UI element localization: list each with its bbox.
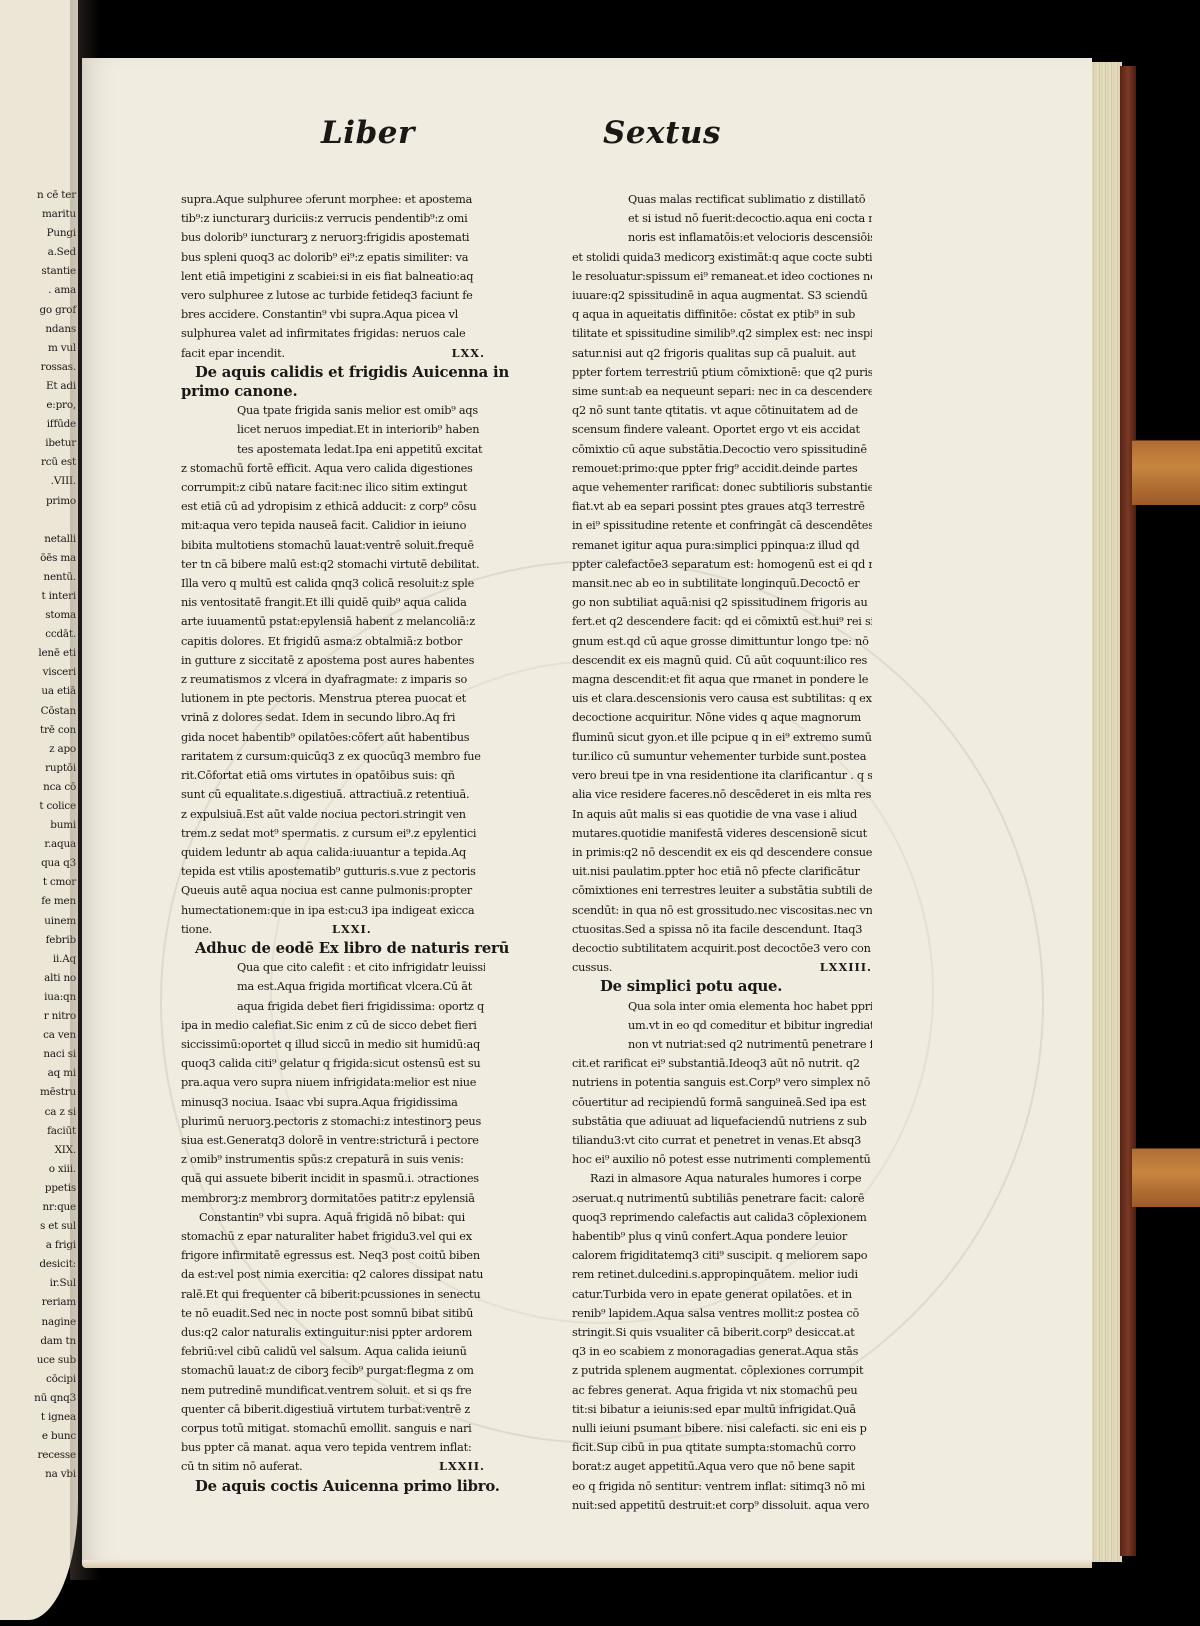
fragment-line: ōēs ma xyxy=(0,549,76,568)
leather-binding-edge xyxy=(1120,66,1136,1556)
clasp-strap-top xyxy=(1132,440,1200,505)
text-line: calorem frigiditatemq3 citi⁹ suscipit. q… xyxy=(572,1246,872,1265)
fragment-line: ii.Aq xyxy=(0,950,76,969)
fragment-line: netalli xyxy=(0,530,76,549)
text-line: plurimū neruorꝫ.pectoris z stomachi:z in… xyxy=(181,1112,485,1131)
fragment-line: faciūt xyxy=(0,1122,76,1141)
text-line: uit.nisi paulatim.ppter hoc etiā nō pfec… xyxy=(572,862,872,881)
fragment-line: go grof xyxy=(0,301,76,320)
text-line: magna descendit:et fit aqua que rmanet i… xyxy=(572,670,872,689)
fragment-line: reriam xyxy=(0,1293,76,1312)
fragment-line: ca ven xyxy=(0,1026,76,1045)
text-line: ppter calefactōe3 separatum est: homogen… xyxy=(572,555,872,574)
text-line: ma est.Aqua frigida mortificat vlcera.Cū… xyxy=(181,977,485,996)
fragment-line: mēstru xyxy=(0,1083,76,1102)
text-line: sime sunt:ab ea nequeunt separi: nec in … xyxy=(572,382,872,401)
text-line: ficit.Sup cibū in pua qtitate sumpta:sto… xyxy=(572,1438,872,1457)
text-line: Illa vero q multū est calida qnq3 colicā… xyxy=(181,574,485,593)
text-line: sunt cū equalitate.s.digestiuā. attracti… xyxy=(181,785,485,804)
text-line: noris est inflamatōis:et velocioris desc… xyxy=(572,228,872,247)
text-line: rem retinet.dulcedini.s.appropinquātem. … xyxy=(572,1265,872,1284)
fragment-line: a.Sed xyxy=(0,243,76,262)
fragment-line: .VIII. xyxy=(0,472,76,491)
text-line: minusq3 nociua. Isaac vbi supra.Aqua fri… xyxy=(181,1093,485,1112)
text-line: eo q frigida nō sentitur: ventrem inflat… xyxy=(572,1477,872,1496)
text-line: bibita multotiens stomachū lauat:ventrē … xyxy=(181,536,485,555)
text-line: fert.et q2 descendere facit: qd ei cōmix… xyxy=(572,612,872,631)
text-line: Qua sola inter omia elementa hoc habet p… xyxy=(572,997,872,1016)
text-line: nem putredinē mundificat.ventrem soluit.… xyxy=(181,1381,485,1400)
text-line: bus spleni quoq3 ac dolorib⁹ ei⁹:z epati… xyxy=(181,248,485,267)
fragment-line: ibetur xyxy=(0,434,76,453)
text-line: Qua tpate frigida sanis melior est omib⁹… xyxy=(181,401,485,420)
text-line: ter tn cā bibere malū est:q2 stomachi vi… xyxy=(181,555,485,574)
text-line: stringit.Si quis vsualiter cā biberit.co… xyxy=(572,1323,872,1342)
text-line: licet neruos impediat.Et in interiorib⁹ … xyxy=(181,420,485,439)
text-line-with-chapter-number: facit epar incendit.LXX. xyxy=(181,344,485,363)
fragment-line: ppetis xyxy=(0,1179,76,1198)
text-line: descendit ex eis magnū quid. Cū aūt coqu… xyxy=(572,651,872,670)
text-line: In aquis aūt malis si eas quotidie de vn… xyxy=(572,805,872,824)
text-line: tiliandu3:vt cito currat et penetret in … xyxy=(572,1131,872,1150)
fragment-line: ruptōi xyxy=(0,759,76,778)
text-line: siua est.Generatq3 dolorē in ventre:stri… xyxy=(181,1131,485,1150)
page-bottom-edge xyxy=(82,1560,1092,1568)
text-line: go non subtiliat aquā:nisi q2 spissitudi… xyxy=(572,593,872,612)
text-line: z expulsiuā.Est aūt valde nociua pectori… xyxy=(181,805,485,824)
text-line: ralē.Et qui frequenter cā biberit:pcussi… xyxy=(181,1285,485,1304)
text-line: z putrida splenem augmentat. cōplexiones… xyxy=(572,1361,872,1380)
text-line: tepida est vtilis apostematib⁹ gutturis.… xyxy=(181,862,485,881)
text-line: Queuis autē aqua nociua est canne pulmon… xyxy=(181,881,485,900)
text-line: scendūt: in qua nō est grossitudo.nec vi… xyxy=(572,901,872,920)
text-line: fiat.vt ab ea separi possint ptes graues… xyxy=(572,497,872,516)
text-line: vero sulphuree z lutose ac turbide fetid… xyxy=(181,286,485,305)
chapter-number: LXXIII. xyxy=(820,958,872,977)
text-line: decoctione acquiritur. Nōne vides q aque… xyxy=(572,708,872,727)
fragment-line: primo xyxy=(0,492,76,511)
fragment-line: m vul xyxy=(0,339,76,358)
text-line: remouet:primo:que ppter frig⁹ accidit.de… xyxy=(572,459,872,478)
fragment-line: . ama xyxy=(0,281,76,300)
fragment-line: nentū. xyxy=(0,568,76,587)
text-line: tione. xyxy=(181,923,212,936)
text-line: vrinā z dolores sedat. Idem in secundo l… xyxy=(181,708,485,727)
fragment-line: t ignea xyxy=(0,1408,76,1427)
text-line: nulli ieiuni psumant bibere. nisi calefa… xyxy=(572,1419,872,1438)
text-line: corrumpit:z cibū natare facit:nec ilico … xyxy=(181,478,485,497)
text-line: tur.ilico cū sumuntur vehementer turbide… xyxy=(572,747,872,766)
fragment-line: ndans xyxy=(0,320,76,339)
text-line: da est:vel post nimia exercitia: q2 calo… xyxy=(181,1265,485,1284)
text-line: bus dolorib⁹ iuncturarꝫ z neruorꝫ:frigid… xyxy=(181,228,485,247)
text-line: cussus. xyxy=(572,961,612,974)
text-line: arte iuuamentū pstat:epylensiā habent z … xyxy=(181,612,485,631)
text-line: scensum findere valeant. Oportet ergo vt… xyxy=(572,420,872,439)
text-line: in ei⁹ spissitudine retente et confringā… xyxy=(572,516,872,535)
text-line: corpus totū mitigat. stomachū emollit. s… xyxy=(181,1419,485,1438)
text-line: mit:aqua vero tepida nauseā facit. Calid… xyxy=(181,516,485,535)
fragment-line: dam tn xyxy=(0,1332,76,1351)
fragment-line: visceri xyxy=(0,663,76,682)
fragment-line: stoma xyxy=(0,606,76,625)
text-line: lutionem in pte pectoris. Menstrua ptere… xyxy=(181,689,485,708)
text-line: satur.nisi aut q2 frigoris qualitas sup … xyxy=(572,344,872,363)
text-line: non vt nutriat:sed q2 nutrimentū penetra… xyxy=(572,1035,872,1054)
fragment-line: cōcipi xyxy=(0,1370,76,1389)
text-line: supra.Aque sulphuree ɔferunt morphee: et… xyxy=(181,190,485,209)
text-line: Qua que cito calefit : et cito infrigida… xyxy=(181,958,485,977)
fragment-line: iua:qn xyxy=(0,988,76,1007)
text-line: gnum est.qd cū aque grosse dimittuntur l… xyxy=(572,632,872,651)
fragment-line: t colice xyxy=(0,797,76,816)
text-line: hoc ei⁹ auxilio nō potest esse nutriment… xyxy=(572,1150,872,1169)
text-line: in primis:q2 nō descendit ex eis qd desc… xyxy=(572,843,872,862)
text-line-with-chapter-number: tione.LXXI. xyxy=(181,920,485,939)
text-line: est etiā cū ad ydropisim z ethicā adduci… xyxy=(181,497,485,516)
fragment-line: desicit: xyxy=(0,1255,76,1274)
text-column-left: supra.Aque sulphuree ɔferunt morphee: et… xyxy=(181,190,485,1496)
text-line: habentib⁹ plus q vinū confert.Aqua ponde… xyxy=(572,1227,872,1246)
text-line: aqua frigida debet fieri frigidissima: o… xyxy=(181,997,485,1016)
text-line: ac febres generat. Aqua frigida vt nix s… xyxy=(572,1381,872,1400)
text-line: humectationem:que in ipa est:cu3 ipa ind… xyxy=(181,901,485,920)
fragment-line: n cē ter xyxy=(0,186,76,205)
text-line: decoctio subtilitatem acquirit.post deco… xyxy=(572,939,872,958)
chapter-heading: De aquis coctis Auicenna primo libro. xyxy=(181,1477,485,1496)
fragment-line: iffūde xyxy=(0,415,76,434)
text-line: te nō euadit.Sed nec in nocte post somnū… xyxy=(181,1304,485,1323)
fragment-line: XIX. xyxy=(0,1141,76,1160)
text-line: trem.z sedat mot⁹ spermatis. z cursum ei… xyxy=(181,824,485,843)
page-fore-edge xyxy=(1088,62,1122,1562)
fragment-line: r.aqua xyxy=(0,835,76,854)
chapter-number: LXXII. xyxy=(439,1457,485,1476)
text-line: ctuositas.Sed a spissa nō ita facile des… xyxy=(572,920,872,939)
text-line: quoq3 reprimendo calefactis aut calida3 … xyxy=(572,1208,872,1227)
text-line: raritatem z cursum:quicūq3 z ex quocūq3 … xyxy=(181,747,485,766)
fragment-line: nca cō xyxy=(0,778,76,797)
text-line: facit epar incendit. xyxy=(181,347,285,360)
text-line: in gutture z siccitatē z apostema post a… xyxy=(181,651,485,670)
fragment-line: naci si xyxy=(0,1045,76,1064)
text-line: iuuare:q2 spissitudinē in aqua augmentat… xyxy=(572,286,872,305)
text-line: remanet igitur aqua pura:simplici ppinqu… xyxy=(572,536,872,555)
text-line-with-chapter-number: cussus.LXXIII. xyxy=(572,958,872,977)
fragment-line: r nitro xyxy=(0,1007,76,1026)
text-line: tes apostemata ledat.Ipa eni appetitū ex… xyxy=(181,440,485,459)
text-line: et si istud nō fuerit:decoctio.aqua eni … xyxy=(572,209,872,228)
text-line: uis et clara.descensionis vero causa est… xyxy=(572,689,872,708)
fragment-line: uce sub xyxy=(0,1351,76,1370)
fragment-line: bumi xyxy=(0,816,76,835)
text-line: rit.Cōfortat etiā oms virtutes in opatōi… xyxy=(181,766,485,785)
fragment-line: lenē eti xyxy=(0,644,76,663)
fragment-line: rcū est xyxy=(0,453,76,472)
chapter-heading: Adhuc de eodē Ex libro de naturis rerū xyxy=(181,939,485,958)
text-line: z omib⁹ instrumentis spūs:z crepaturā in… xyxy=(181,1150,485,1169)
fragment-line: fe men xyxy=(0,892,76,911)
fragment-line: maritu xyxy=(0,205,76,224)
chapter-number: LXX. xyxy=(452,344,485,363)
fragment-line: aq mi xyxy=(0,1064,76,1083)
fragment-line: a frigi xyxy=(0,1236,76,1255)
text-line: catur.Turbida vero in epate generat opil… xyxy=(572,1285,872,1304)
text-line: tilitate et spissitudine similib⁹.q2 sim… xyxy=(572,324,872,343)
text-line: z stomachū fortē efficit. Aqua vero cali… xyxy=(181,459,485,478)
text-line: q3 in eo scabiem z monoragadias generat.… xyxy=(572,1342,872,1361)
fragment-line: qua q3 xyxy=(0,854,76,873)
text-line: cit.et rarificat ei⁹ substantiā.Ideoq3 a… xyxy=(572,1054,872,1073)
text-line: q2 nō sunt tante qtitatis. vt aque cōtin… xyxy=(572,401,872,420)
text-line: frigore infirmitatē egressus est. Neq3 p… xyxy=(181,1246,485,1265)
fragment-line: febrib xyxy=(0,931,76,950)
fragment-line: nū qnq3 xyxy=(0,1389,76,1408)
text-line: mutares.quotidie manifestā videres desce… xyxy=(572,824,872,843)
fragment-line: Et adi xyxy=(0,377,76,396)
text-line: quā qui assuete biberit incidit in spasm… xyxy=(181,1169,485,1188)
text-line: bres accidere. Constantin⁹ vbi supra.Aqu… xyxy=(181,305,485,324)
text-line: Razi in almasore Aqua naturales humores … xyxy=(572,1169,872,1188)
fragment-line: ca z si xyxy=(0,1103,76,1122)
text-line: substātia que adiuuat ad liquefaciendū n… xyxy=(572,1112,872,1131)
text-line: membrorꝫ:z membrorꝫ dormitatōes patitr:z… xyxy=(181,1189,485,1208)
text-line: renib⁹ lapidem.Aqua salsa ventres mollit… xyxy=(572,1304,872,1323)
text-line: cōmixtiones eni terrestres leuiter a sub… xyxy=(572,881,872,900)
text-line: cōmixtio cū aque substātia.Decoctio vero… xyxy=(572,440,872,459)
text-line: cōuertitur ad recipiendū formā sanguineā… xyxy=(572,1093,872,1112)
text-line: ɔseruat.q nutrimentū subtiliās penetrare… xyxy=(572,1189,872,1208)
text-line: alia vice residere faceres.nō descēderet… xyxy=(572,785,872,804)
fragment-line: na vbi xyxy=(0,1465,76,1484)
text-line: tit:si bibatur a ieiunis:sed epar multū … xyxy=(572,1400,872,1419)
text-line: cū tn sitim nō auferat. xyxy=(181,1460,303,1473)
fragment-line: z apo xyxy=(0,740,76,759)
text-line: lent etiā impetigini z scabiei:si in eis… xyxy=(181,267,485,286)
clasp-strap-bottom xyxy=(1132,1148,1200,1207)
text-line: nuit:sed appetitū destruit:et corp⁹ diss… xyxy=(572,1496,872,1515)
text-line: borat:z auget appetitū.Aqua vero que nō … xyxy=(572,1457,872,1476)
text-line: bus ppter cā manat. aqua vero tepida ven… xyxy=(181,1438,485,1457)
fragment-line: ua etiā xyxy=(0,682,76,701)
text-line: febriū:vel cibū calidū vel salsum. Aqua … xyxy=(181,1342,485,1361)
facing-left-page-fragment: n cē termarituPungia.Sedstantie. amago g… xyxy=(0,0,78,1620)
fragment-line: e:pro, xyxy=(0,396,76,415)
fragment-line: t interi xyxy=(0,587,76,606)
text-line: quoq3 calida citi⁹ gelatur q frigida:sic… xyxy=(181,1054,485,1073)
text-line: fluminū sicut gyon.et ille pcipue q in e… xyxy=(572,728,872,747)
text-line: z reumatismos z vlcera in dyafragmate: z… xyxy=(181,670,485,689)
chapter-heading: De simplici potu aque. xyxy=(572,977,872,996)
text-line: stomachū z epar naturaliter habet frigid… xyxy=(181,1227,485,1246)
fragment-line: ccdāt. xyxy=(0,625,76,644)
fragment-line: recesse xyxy=(0,1446,76,1465)
left-page-text-fragment: n cē termarituPungia.Sedstantie. amago g… xyxy=(0,186,76,1484)
fragment-line: o xiii. xyxy=(0,1160,76,1179)
text-line: vero breui tpe in vna residentione ita c… xyxy=(572,766,872,785)
text-line-with-chapter-number: cū tn sitim nō auferat.LXXII. xyxy=(181,1457,485,1476)
text-column-right: Quas malas rectificat sublimatio z disti… xyxy=(572,190,872,1515)
text-line: mansit.nec ab eo in subtilitate longinqu… xyxy=(572,574,872,593)
fragment-line: uinem xyxy=(0,912,76,931)
text-line: sulphurea valet ad infirmitates frigidas… xyxy=(181,324,485,343)
chapter-heading: De aquis calidis et frigidis Auicenna in xyxy=(181,363,485,382)
text-line: um.vt in eo qd comeditur et bibitur ingr… xyxy=(572,1016,872,1035)
fragment-line: trē con xyxy=(0,721,76,740)
text-line: Quas malas rectificat sublimatio z disti… xyxy=(572,190,872,209)
text-line: capitis dolores. Et frigidū asma:z obtal… xyxy=(181,632,485,651)
fragment-line: Cōstan xyxy=(0,702,76,721)
text-line: aque vehementer rarificat: donec subtili… xyxy=(572,478,872,497)
running-head-left: Liber xyxy=(321,115,415,151)
text-line: ppter fortem terrestriū ptium cōmixtionē… xyxy=(572,363,872,382)
text-line: siccissimū:oportet q illud siccū in medi… xyxy=(181,1035,485,1054)
text-line: quenter cā biberit.digestiuā virtutem tu… xyxy=(181,1400,485,1419)
text-line: gida nocet habentib⁹ opilatōes:cōfert aū… xyxy=(181,728,485,747)
text-line: stomachū lauat:z de ciborꝫ fecib⁹ purgat… xyxy=(181,1361,485,1380)
fragment-line: Pungi xyxy=(0,224,76,243)
fragment-line: nagine xyxy=(0,1313,76,1332)
text-line: nis ventositatē frangit.Et illi quidē qu… xyxy=(181,593,485,612)
fragment-line: rossas. xyxy=(0,358,76,377)
text-line: q aqua in aqueitatis diffinitōe: cōstat … xyxy=(572,305,872,324)
fragment-line: nr:que xyxy=(0,1198,76,1217)
text-line: le resoluatur:spissum ei⁹ remaneat.et id… xyxy=(572,267,872,286)
chapter-heading: primo canone. xyxy=(181,382,485,401)
text-line: quidem leduntr ab aqua calida:iuuantur a… xyxy=(181,843,485,862)
fragment-line xyxy=(0,511,76,530)
text-line: Constantin⁹ vbi supra. Aquā frigidā nō b… xyxy=(181,1208,485,1227)
text-line: tib⁹:z iuncturarꝫ duriciis:z verrucis pe… xyxy=(181,209,485,228)
fragment-line: e bunc xyxy=(0,1427,76,1446)
fragment-line: stantie xyxy=(0,262,76,281)
text-line: dus:q2 calor naturalis extinguitur:nisi … xyxy=(181,1323,485,1342)
chapter-number: LXXI. xyxy=(332,922,372,936)
fragment-line: ir.Sul xyxy=(0,1274,76,1293)
fragment-line: t cmor xyxy=(0,873,76,892)
fragment-line: s et sul xyxy=(0,1217,76,1236)
text-line: ipa in medio calefiat.Sic enim z cū de s… xyxy=(181,1016,485,1035)
text-line: pra.aqua vero supra niuem infrigidata:me… xyxy=(181,1073,485,1092)
running-head-right: Sextus xyxy=(603,115,721,151)
text-line: et stolidi quida3 medicorꝫ existimāt:q a… xyxy=(572,248,872,267)
fragment-line: alti no xyxy=(0,969,76,988)
text-line: nutriens in potentia sanguis est.Corp⁹ v… xyxy=(572,1073,872,1092)
